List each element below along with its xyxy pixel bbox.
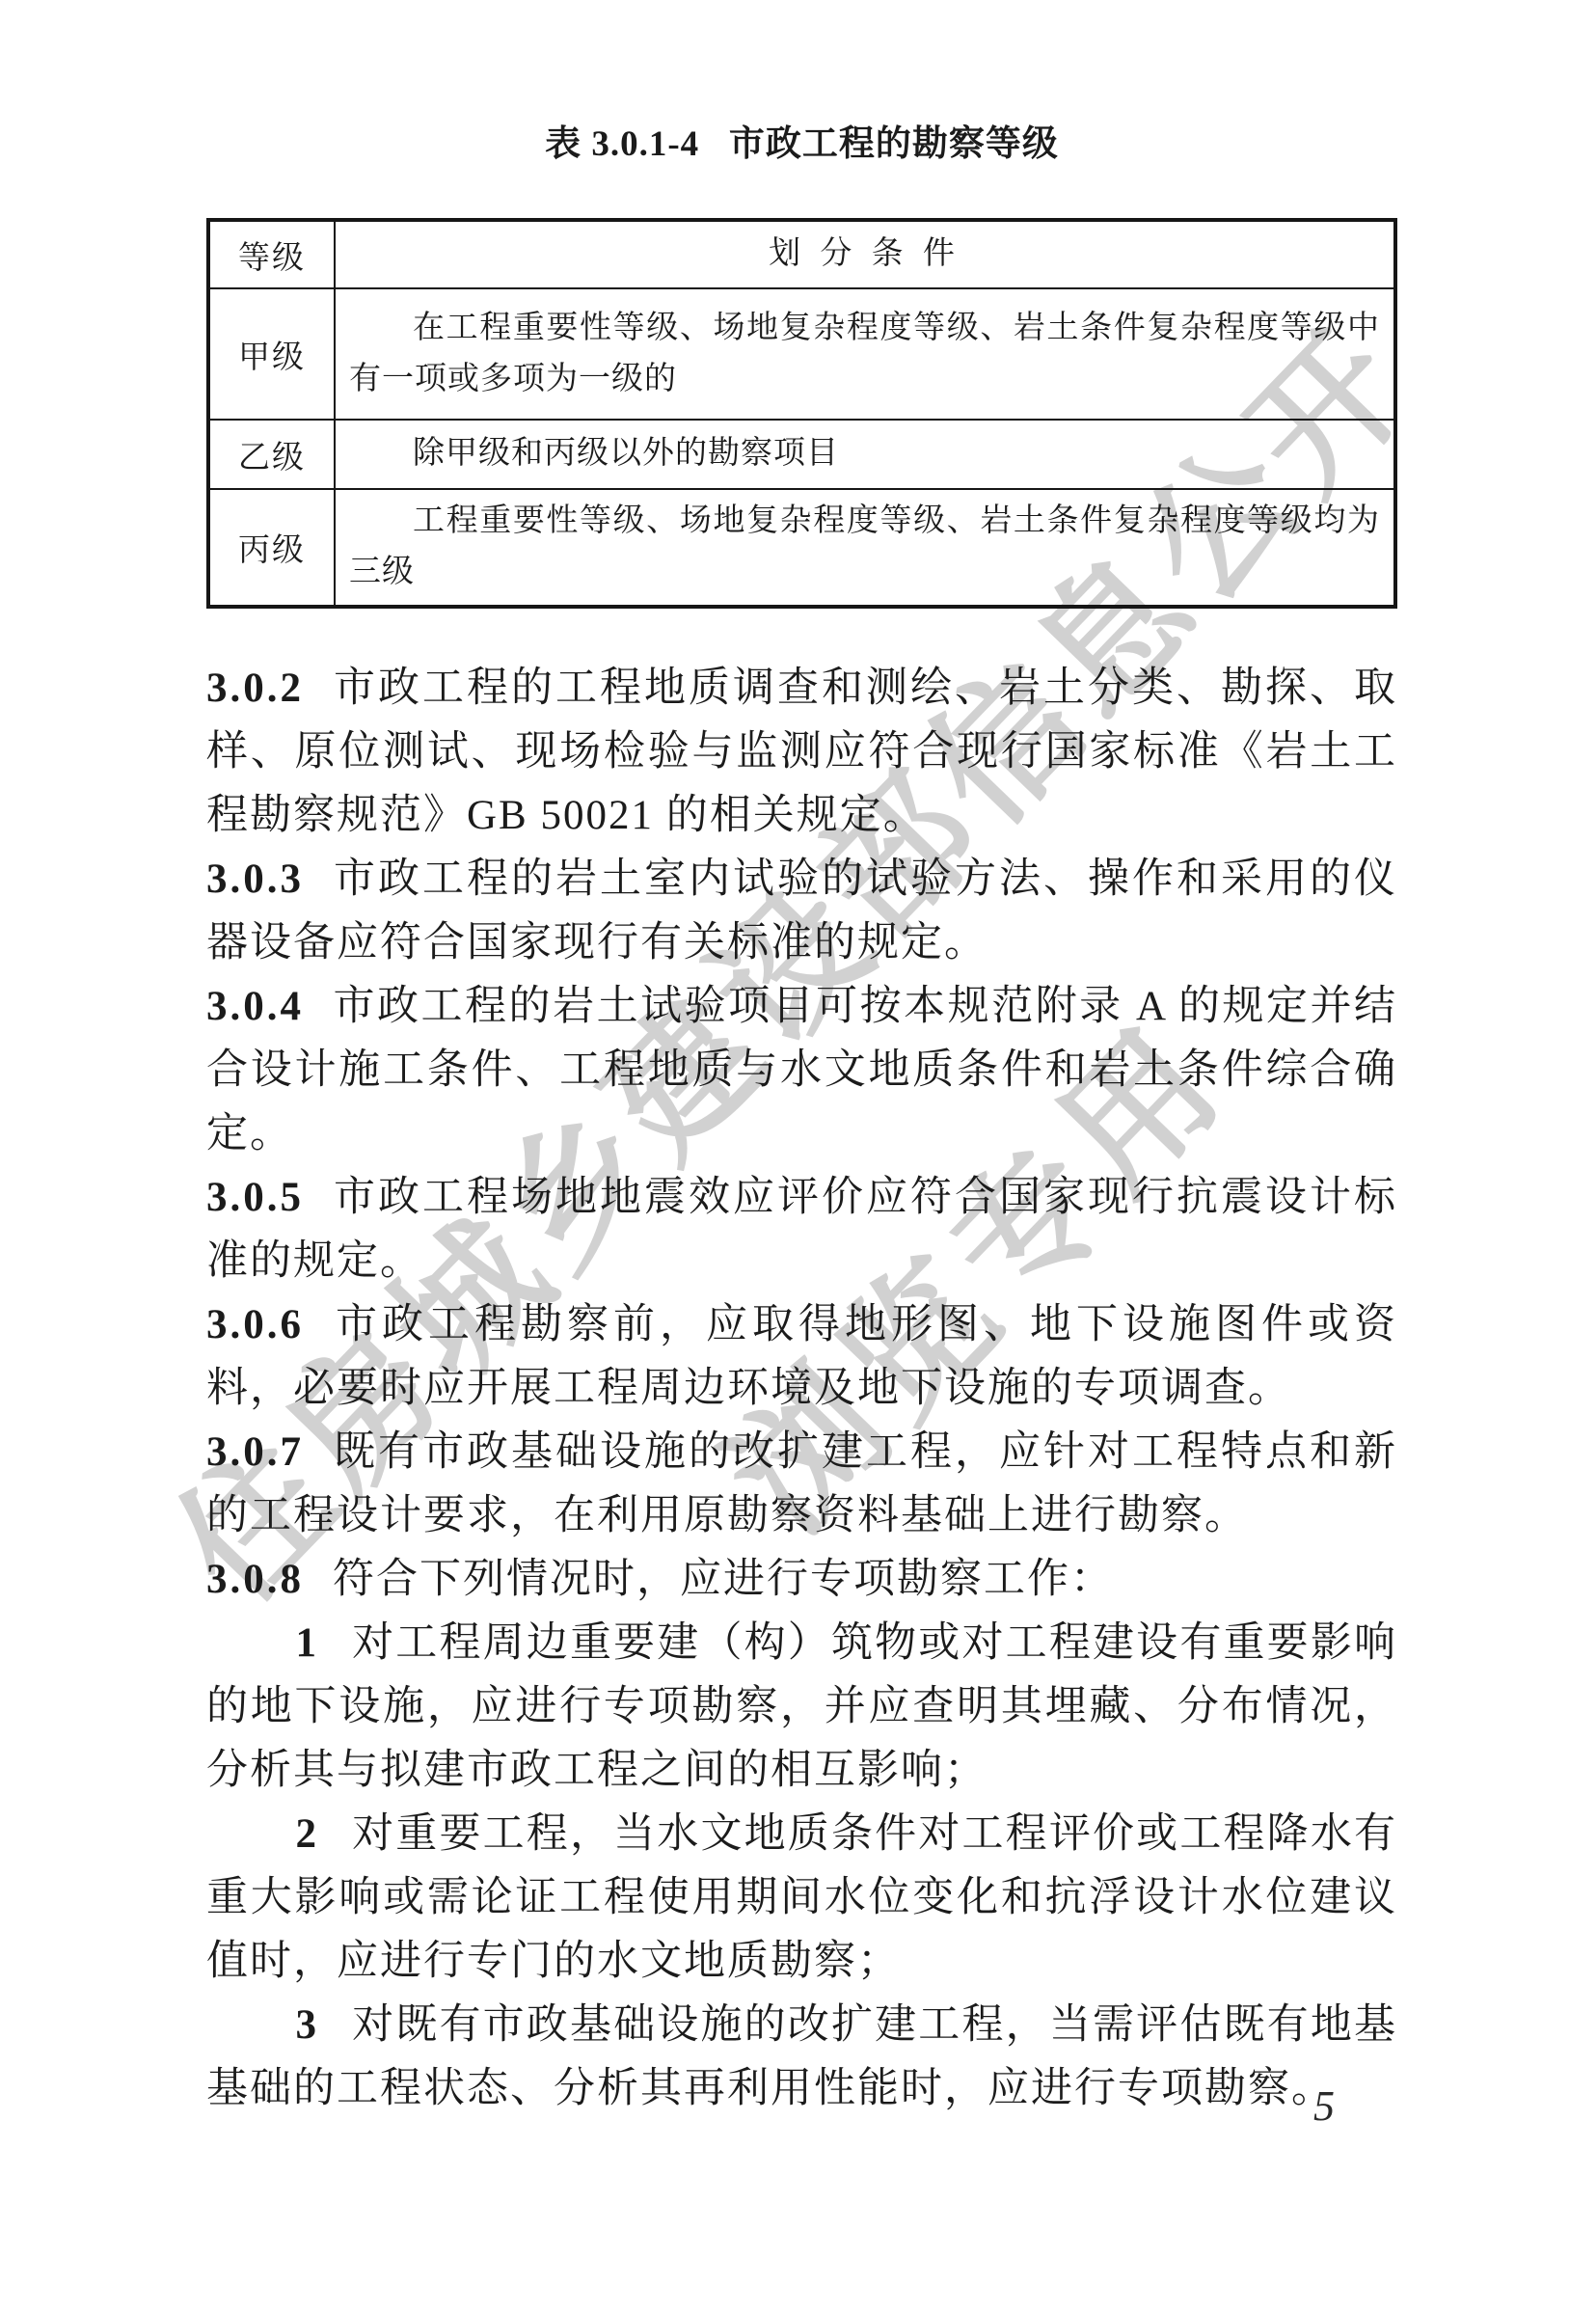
table-row: 甲级 在工程重要性等级、场地复杂程度等级、岩土条件复杂程度等级中有一项或多项为一… [208,288,1395,420]
page-number: 5 [1313,2081,1335,2131]
table-cell-condition: 在工程重要性等级、场地复杂程度等级、岩土条件复杂程度等级中有一项或多项为一级的 [335,288,1395,420]
clause-number: 3.0.2 [206,666,304,711]
clause-text: 符合下列情况时，应进行专项勘察工作： [333,1557,1114,1602]
table-row: 乙级 除甲级和丙级以外的勘察项目 [208,420,1395,489]
table-header-grade: 等级 [208,220,335,288]
table-cell-grade: 甲级 [208,288,335,420]
table-cell-grade: 丙级 [208,489,335,607]
clause-text: 市政工程勘察前，应取得地形图、地下设施图件或资料，必要时应开展工程周边环境及地下… [206,1302,1397,1411]
clause-3-0-8: 3.0.8符合下列情况时，应进行专项勘察工作： [206,1548,1397,1612]
table-cell-grade: 乙级 [208,420,335,489]
table-header-condition: 划 分 条 件 [335,220,1395,288]
clause-number: 3.0.6 [206,1302,304,1347]
subitem-1: 1对工程周边重要建（构）筑物或对工程建设有重要影响的地下设施，应进行专项勘察，并… [206,1612,1397,1803]
subitem-2: 2对重要工程，当水文地质条件对工程评价或工程降水有重大影响或需论证工程使用期间水… [206,1803,1397,1994]
clause-text: 市政工程场地地震效应评价应符合国家现行抗震设计标准的规定。 [206,1175,1397,1284]
table-cell-condition: 工程重要性等级、场地复杂程度等级、岩土条件复杂程度等级均为三级 [335,489,1395,607]
clause-3-0-6: 3.0.6市政工程勘察前，应取得地形图、地下设施图件或资料，必要时应开展工程周边… [206,1293,1397,1421]
clause-number: 3.0.4 [206,984,304,1029]
clause-3-0-3: 3.0.3市政工程的岩土室内试验的试验方法、操作和采用的仪器设备应符合国家现行有… [206,848,1397,975]
clause-text: 市政工程的岩土试验项目可按本规范附录 A 的规定并结合设计施工条件、工程地质与水… [206,984,1397,1156]
subitem-text: 对既有市政基础设施的改扩建工程，当需评估既有地基基础的工程状态、分析其再利用性能… [206,2002,1397,2111]
page-content: 表 3.0.1-4 市政工程的勘察等级 等级 划 分 条 件 甲级 在工程重要性… [0,0,1596,2121]
subitem-text: 对重要工程，当水文地质条件对工程评价或工程降水有重大影响或需论证工程使用期间水位… [206,1811,1397,1984]
clause-text: 既有市政基础设施的改扩建工程，应针对工程特点和新的工程设计要求，在利用原勘察资料… [206,1429,1397,1538]
clause-number: 3.0.3 [206,856,304,902]
survey-grade-table: 等级 划 分 条 件 甲级 在工程重要性等级、场地复杂程度等级、岩土条件复杂程度… [206,218,1397,609]
clause-number: 3.0.7 [206,1429,304,1475]
clause-3-0-7: 3.0.7既有市政基础设施的改扩建工程，应针对工程特点和新的工程设计要求，在利用… [206,1421,1397,1548]
table-cell-condition: 除甲级和丙级以外的勘察项目 [335,420,1395,489]
table-row: 丙级 工程重要性等级、场地复杂程度等级、岩土条件复杂程度等级均为三级 [208,489,1395,607]
clause-3-0-4: 3.0.4市政工程的岩土试验项目可按本规范附录 A 的规定并结合设计施工条件、工… [206,975,1397,1166]
clause-number: 3.0.5 [206,1175,304,1220]
clause-text: 市政工程的工程地质调查和测绘、岩土分类、勘探、取样、原位测试、现场检验与监测应符… [206,666,1397,838]
table-title: 表 3.0.1-4 市政工程的勘察等级 [206,114,1397,166]
subitem-text: 对工程周边重要建（构）筑物或对工程建设有重要影响的地下设施，应进行专项勘察，并应… [206,1620,1397,1793]
clause-number: 3.0.8 [206,1557,304,1602]
subitem-number: 1 [295,1620,319,1666]
clause-3-0-5: 3.0.5市政工程场地地震效应评价应符合国家现行抗震设计标准的规定。 [206,1166,1397,1293]
subitem-number: 2 [295,1811,319,1857]
clause-3-0-2: 3.0.2市政工程的工程地质调查和测绘、岩土分类、勘探、取样、原位测试、现场检验… [206,657,1397,848]
subitem-3: 3对既有市政基础设施的改扩建工程，当需评估既有地基基础的工程状态、分析其再利用性… [206,1994,1397,2121]
document-page: 住房城乡建设部信息公开 浏览专用 表 3.0.1-4 市政工程的勘察等级 等级 … [0,0,1596,2311]
clause-text: 市政工程的岩土室内试验的试验方法、操作和采用的仪器设备应符合国家现行有关标准的规… [206,856,1397,965]
subitem-number: 3 [295,2002,319,2048]
table-header-row: 等级 划 分 条 件 [208,220,1395,288]
